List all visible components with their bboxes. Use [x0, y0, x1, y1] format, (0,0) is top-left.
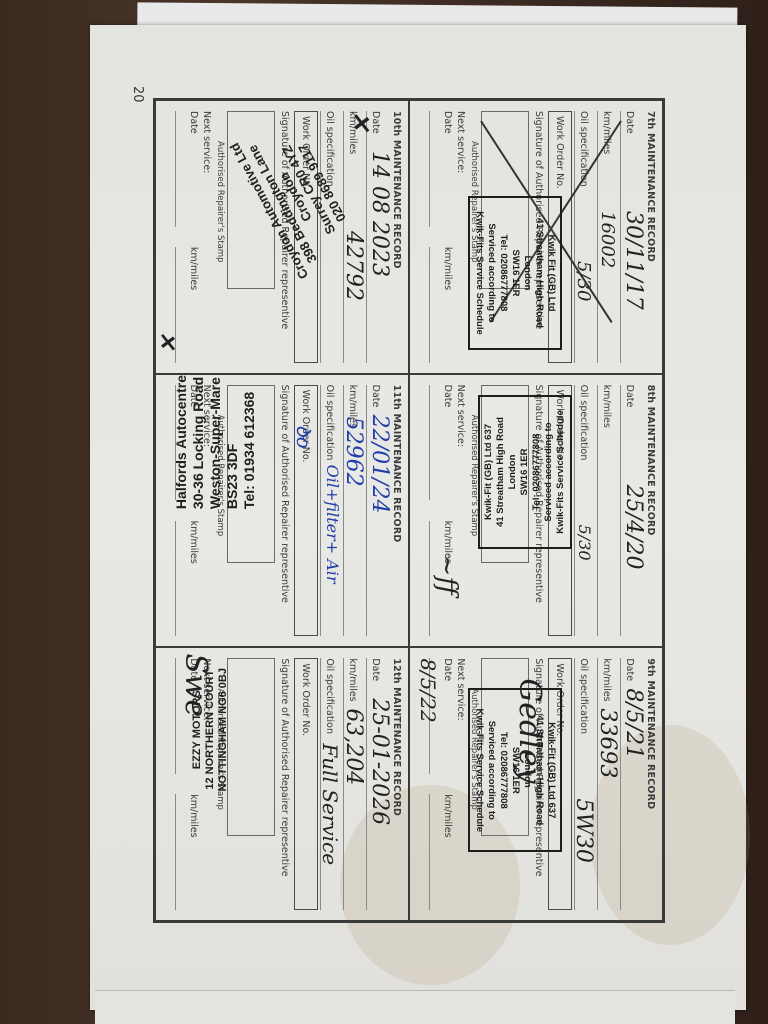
record-title: 10th MAINTENANCE RECORD	[391, 111, 402, 363]
repairer-stamp: Kwik-Fit (GB) Ltd 63741 Streatham High R…	[478, 395, 572, 549]
records-grid: 7th MAINTENANCE RECORD Date km/miles Oil…	[153, 98, 665, 923]
handwritten-date: 14 08 2023	[367, 151, 392, 277]
work-order-field[interactable]: Work Order No.	[294, 658, 318, 910]
handwritten-km: 33693	[595, 708, 620, 778]
page-number: 20	[130, 86, 145, 103]
repairer-stamp: Halfords Autocentre30-36 Locking RoadWes…	[173, 375, 258, 509]
record-title: 11th MAINTENANCE RECORD	[391, 385, 402, 637]
maintenance-records-sheet: 20 7th MAINTENANCE RECORD Date km/miles …	[153, 98, 665, 923]
signature-scribble: Swe	[178, 653, 213, 717]
signature-label: Signature of Authorised Repairer represe…	[279, 385, 290, 637]
handwritten-km: 16002	[597, 211, 618, 268]
page-fold	[95, 990, 735, 1024]
oil-spec-field[interactable]: Oil specification	[574, 658, 597, 910]
handwritten-oil-spec: 5/30	[575, 525, 594, 561]
handwritten-date: 22/01/24	[367, 415, 392, 514]
record-title: 9th MAINTENANCE RECORD	[645, 658, 656, 910]
cross-mark: ✕	[347, 111, 376, 131]
km-field[interactable]: km/miles	[597, 385, 620, 637]
maintenance-record-9: 9th MAINTENANCE RECORD Date km/miles Oil…	[409, 647, 663, 921]
handwritten-next-date: 8/5/22	[416, 658, 440, 722]
signature-scribble: Gedley	[512, 678, 547, 783]
next-service-label: Next service:	[455, 385, 466, 637]
maintenance-record-8: 8th MAINTENANCE RECORD Date km/miles Oil…	[409, 374, 663, 648]
record-title: 12th MAINTENANCE RECORD	[391, 658, 402, 910]
handwritten-date: 25/4/20	[621, 485, 646, 570]
next-service-label: Next service:	[201, 111, 212, 363]
handwritten-km: 52962	[341, 417, 366, 487]
repairer-stamp: Kwik Fit (GB) Ltd41 Streatham High RoadL…	[468, 196, 562, 350]
handwritten-oil-spec: Oil+filter+ Air	[323, 465, 342, 584]
handwritten-initials: ꝺo	[291, 425, 318, 449]
stamp-area	[227, 658, 275, 836]
record-title: 7th MAINTENANCE RECORD	[645, 111, 656, 363]
handwritten-date: 8/5/21	[621, 688, 646, 759]
oil-spec-field[interactable]: Oil specification	[574, 385, 597, 637]
stamp-label: Authorised Repairer's Stamp	[215, 141, 225, 363]
work-order-field[interactable]: Work Order No.	[294, 385, 318, 637]
signature-label: Signature of Authorised Repairer represe…	[279, 658, 290, 910]
oil-spec-field[interactable]: Oil specification	[574, 111, 597, 363]
maintenance-record-11: 11th MAINTENANCE RECORD Date km/miles Oi…	[155, 374, 409, 648]
maintenance-record-7: 7th MAINTENANCE RECORD Date km/miles Oil…	[409, 100, 663, 374]
handwritten-oil-spec: 5W30	[571, 798, 596, 863]
signature-scribble: ~ff	[432, 555, 462, 595]
next-service-label: Next service:	[455, 658, 466, 910]
next-service-label: Next service:	[455, 111, 466, 363]
cross-mark: ✕	[155, 331, 180, 349]
handwritten-date: 25-01-2026	[367, 698, 392, 825]
handwritten-date: 30/11/17	[621, 211, 646, 310]
handwritten-km: 63,204	[341, 708, 366, 785]
maintenance-record-10: 10th MAINTENANCE RECORD Date km/miles Oi…	[155, 100, 409, 374]
record-title: 8th MAINTENANCE RECORD	[645, 385, 656, 637]
maintenance-record-12: 12th MAINTENANCE RECORD Date km/miles Oi…	[155, 647, 409, 921]
km-field[interactable]: km/miles	[597, 658, 620, 910]
handwritten-oil-spec: Full Service	[318, 743, 342, 865]
